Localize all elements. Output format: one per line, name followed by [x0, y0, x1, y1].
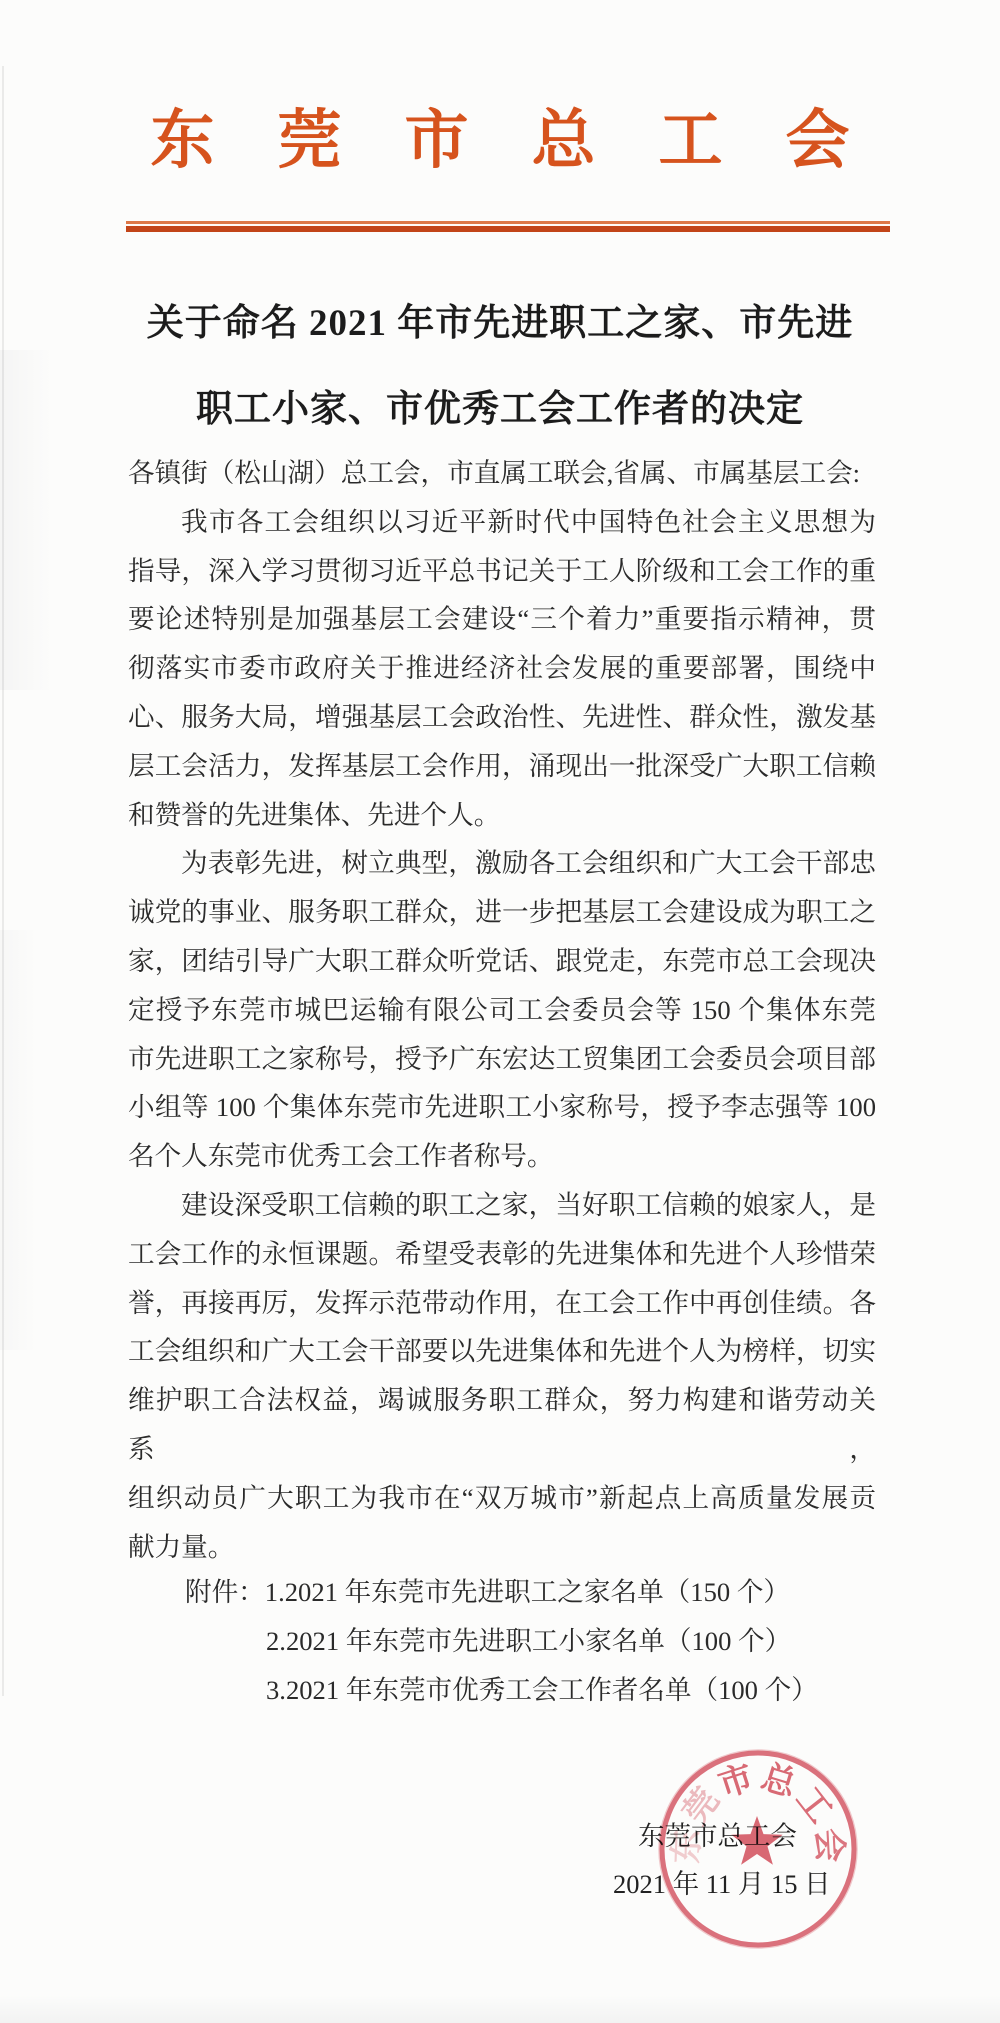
seal-character: 会	[809, 1827, 849, 1863]
body-line: 彻落实市委市政府关于推进经济社会发展的重要部署，围绕中	[128, 644, 876, 693]
attachment-item: 附件：1.2021 年东莞市先进职工之家名单（150 个）	[128, 1568, 908, 1617]
scan-artifact-shadow	[0, 1995, 1000, 2023]
document-page: 东莞市总工会 关于命名 2021 年市先进职工之家、市先进 职工小家、市优秀工会…	[0, 0, 1000, 2023]
body-line: 工会工作的永恒课题。希望受表彰的先进集体和先进个人珍惜荣	[128, 1230, 876, 1279]
body-line: 指导，深入学习贯彻习近平总书记关于工人阶级和工会工作的重	[128, 547, 876, 596]
attachment-item: 3.2021 年东莞市优秀工会工作者名单（100 个）	[128, 1666, 908, 1715]
body-line: 工会组织和广大工会干部要以先进集体和先进个人为榜样，切实	[128, 1327, 876, 1376]
body-line: 定授予东莞市城巴运输有限公司工会委员会等 150 个集体东莞	[128, 986, 876, 1035]
attachments-label: 附件：	[185, 1577, 265, 1607]
seal-character: 市	[714, 1758, 758, 1805]
body-line: 名个人东莞市优秀工会工作者称号。	[128, 1132, 876, 1181]
official-seal: 东 莞 市 总 工 会	[633, 1727, 883, 1977]
body-line: 市先进职工之家称号，授予广东宏达工贸集团工会委员会项目部	[128, 1035, 876, 1084]
body-line: 层工会活力，发挥基层工会作用，涌现出一批深受广大职工信赖	[128, 742, 876, 791]
body-line: 组织动员广大职工为我市在“双万城市”新起点上高质量发展贡	[128, 1474, 876, 1523]
document-title: 关于命名 2021 年市先进职工之家、市先进 职工小家、市优秀工会工作者的决定	[0, 281, 1000, 453]
body-line: 要论述特别是加强基层工会建设“三个着力”重要指示精神，贯	[128, 595, 876, 644]
body-line: 献力量。	[128, 1523, 876, 1572]
body-line: 维护职工合法权益，竭诚服务职工群众，努力构建和谐劳动关系，	[128, 1376, 876, 1474]
red-rule-thick-line	[126, 226, 890, 232]
body-line: 心、服务大局，增强基层工会政治性、先进性、群众性，激发基	[128, 693, 876, 742]
document-title-line2: 职工小家、市优秀工会工作者的决定	[0, 367, 1000, 453]
body-line: 誉，再接再厉，发挥示范带动作用，在工会工作中再创佳绩。各	[128, 1279, 876, 1328]
body-line: 小组等 100 个集体东莞市先进职工小家称号，授予李志强等 100	[128, 1083, 876, 1132]
body-line: 我市各工会组织以习近平新时代中国特色社会主义思想为	[128, 498, 876, 547]
letterhead-org-name: 东莞市总工会	[0, 106, 1000, 176]
body-line: 建设深受职工信赖的职工之家，当好职工信赖的娘家人，是	[128, 1181, 876, 1230]
body-line: 为表彰先进，树立典型，激励各工会组织和广大工会干部忠	[128, 839, 876, 888]
seal-character: 东	[667, 1829, 706, 1864]
body-line: 和赞誉的先进集体、先进个人。	[128, 791, 876, 840]
attachments-list: 附件：1.2021 年东莞市先进职工之家名单（150 个）2.2021 年东莞市…	[128, 1568, 908, 1715]
body-text: 各镇街（松山湖）总工会，市直属工联会,省属、市属基层工会:我市各工会组织以习近平…	[128, 449, 876, 1571]
letterhead-red-rule	[126, 221, 890, 233]
document-title-line1: 关于命名 2021 年市先进职工之家、市先进	[0, 281, 1000, 367]
body-line: 各镇街（松山湖）总工会，市直属工联会,省属、市属基层工会:	[128, 449, 876, 498]
scan-artifact-smudge	[0, 930, 46, 1350]
body-line: 家，团结引导广大职工群众听党话、跟党走，东莞市总工会现决	[128, 937, 876, 986]
body-line: 诚党的事业、服务职工群众，进一步把基层工会建设成为职工之	[128, 888, 876, 937]
seal-star-icon	[731, 1816, 782, 1865]
attachment-item: 2.2021 年东莞市先进职工小家名单（100 个）	[128, 1617, 908, 1666]
